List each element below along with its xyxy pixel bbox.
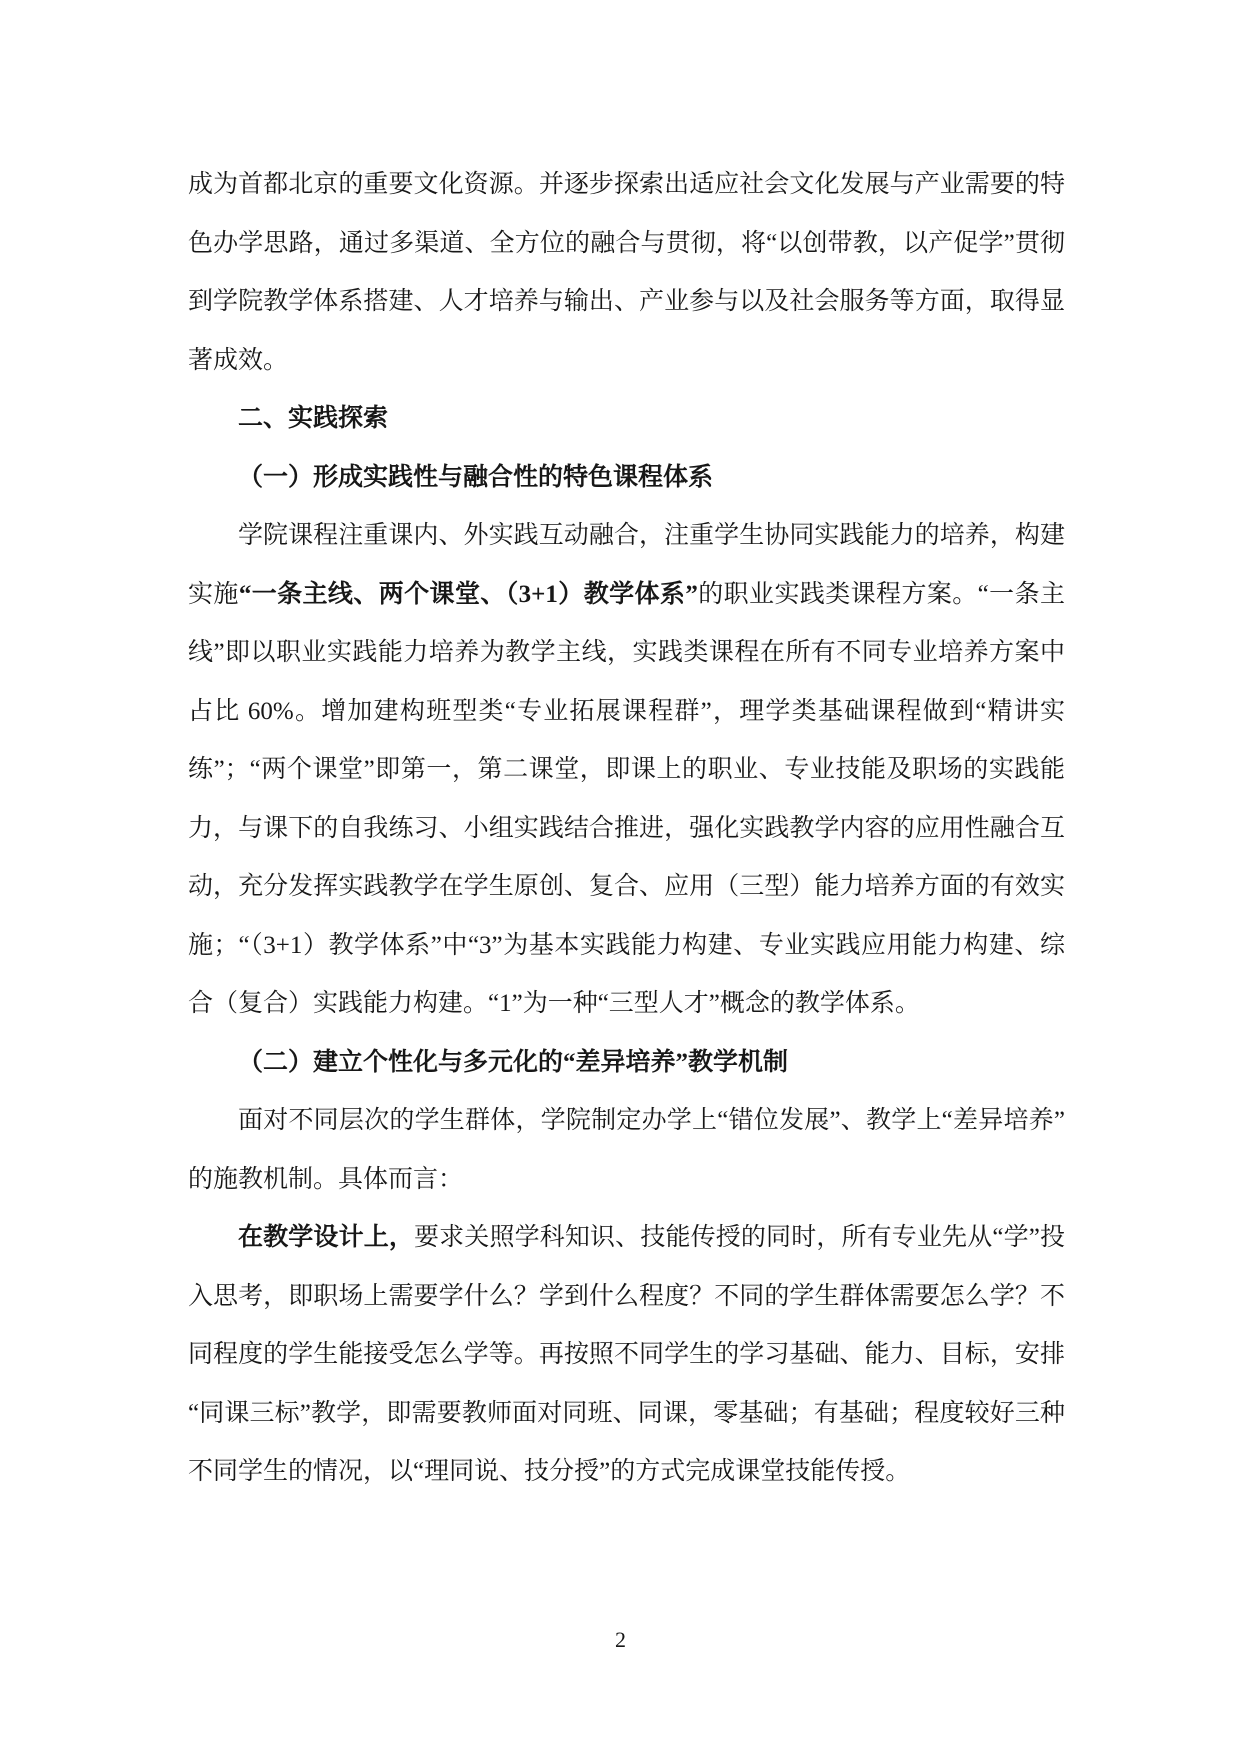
paragraph: 学院课程注重课内、外实践互动融合，注重学生协同实践能力的培养，构建实施“一条主线… bbox=[188, 507, 1065, 1034]
text-run-bold: 在教学设计上， bbox=[238, 1224, 414, 1251]
paragraph: 成为首都北京的重要文化资源。并逐步探索出适应社会文化发展与产业需要的特色办学思路… bbox=[188, 156, 1065, 390]
text-run: 面对不同层次的学生群体，学院制定办学上“错位发展”、教学上“差异培养”的施教机制… bbox=[188, 1107, 1065, 1193]
text-run-bold: 二、实践探索 bbox=[238, 405, 388, 432]
text-run-bold: （一）形成实践性与融合性的特色课程体系 bbox=[238, 464, 713, 491]
section-heading: 二、实践探索 bbox=[188, 390, 1065, 449]
paragraph: 在教学设计上，要求关照学科知识、技能传授的同时，所有专业先从“学”投入思考，即职… bbox=[188, 1209, 1065, 1502]
paragraph: 面对不同层次的学生群体，学院制定办学上“错位发展”、教学上“差异培养”的施教机制… bbox=[188, 1092, 1065, 1209]
page-number: 2 bbox=[0, 1626, 1241, 1654]
section-heading: （一）形成实践性与融合性的特色课程体系 bbox=[188, 449, 1065, 508]
text-run: 的职业实践类课程方案。“一条主线”即以职业实践能力培养为教学主线，实践类课程在所… bbox=[188, 581, 1065, 1018]
section-heading: （二）建立个性化与多元化的“差异培养”教学机制 bbox=[188, 1034, 1065, 1093]
document-page: 成为首都北京的重要文化资源。并逐步探索出适应社会文化发展与产业需要的特色办学思路… bbox=[0, 0, 1241, 1754]
text-run: 要求关照学科知识、技能传授的同时，所有专业先从“学”投入思考，即职场上需要学什么… bbox=[188, 1224, 1065, 1485]
text-run: 成为首都北京的重要文化资源。并逐步探索出适应社会文化发展与产业需要的特色办学思路… bbox=[188, 171, 1065, 374]
text-run-bold: “一条主线、两个课堂、（3+1）教学体系” bbox=[239, 581, 698, 608]
text-run-bold: （二）建立个性化与多元化的“差异培养”教学机制 bbox=[238, 1049, 788, 1076]
document-body: 成为首都北京的重要文化资源。并逐步探索出适应社会文化发展与产业需要的特色办学思路… bbox=[188, 156, 1065, 1502]
